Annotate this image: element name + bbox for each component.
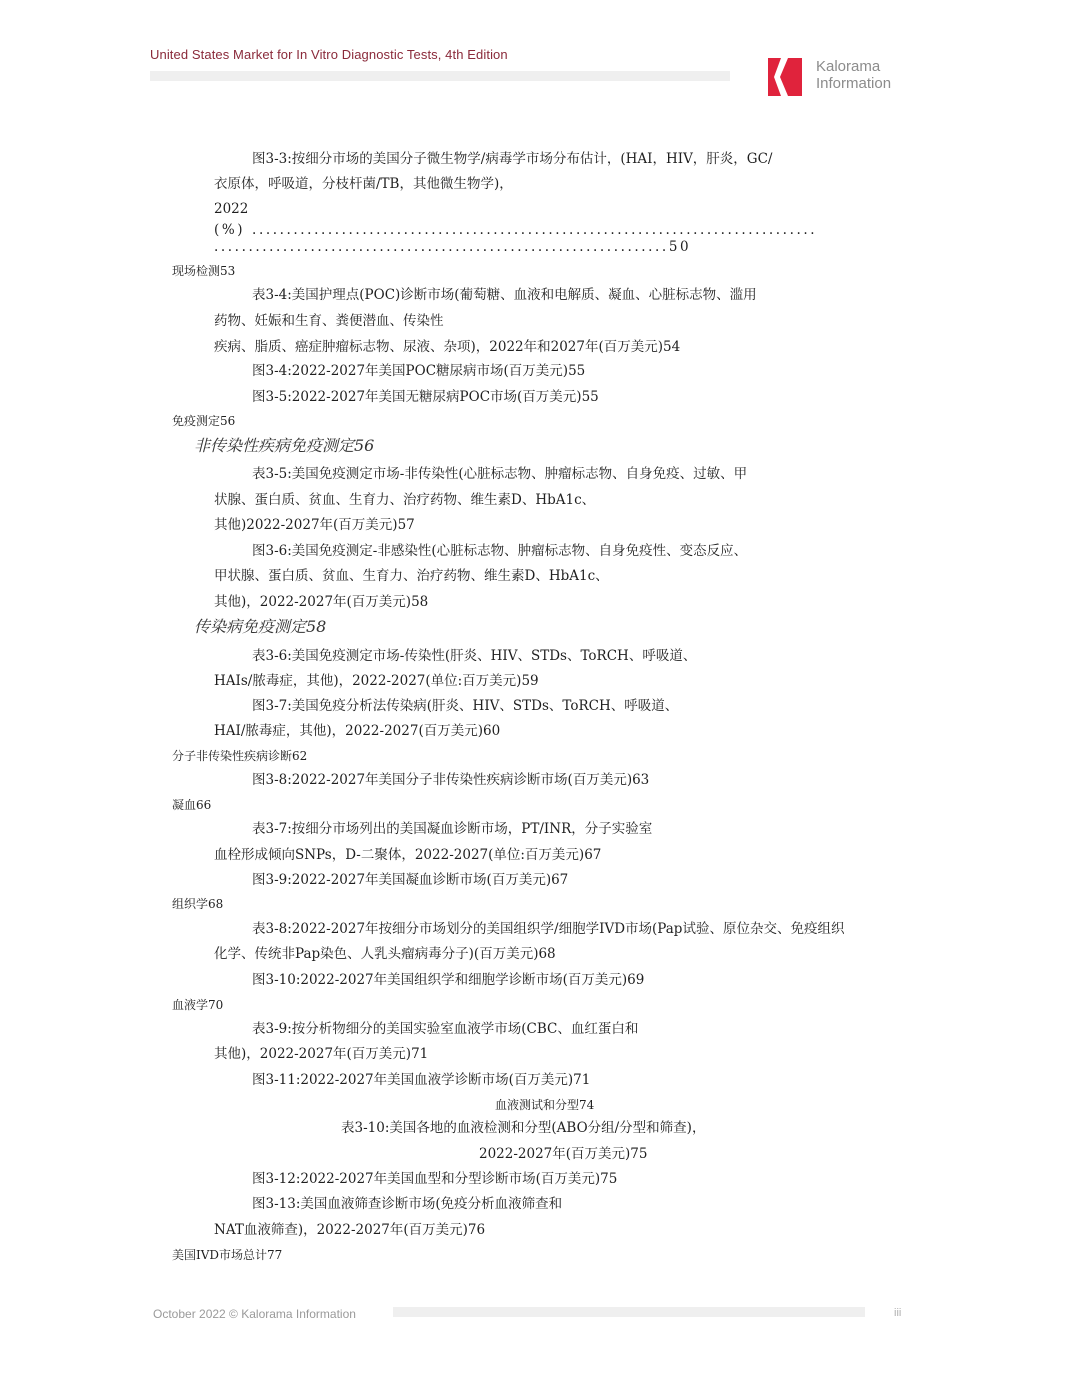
logo-wordmark: Kalorama Information — [816, 58, 891, 92]
toc-entry[interactable]: 图3-10:2022-2027年美国组织学和细胞学诊断市场(百万美元)69 — [252, 971, 644, 989]
footer-copyright: October 2022 © Kalorama Information — [153, 1307, 356, 1321]
toc-entry[interactable]: 表3-9:按分析物细分的美国实验室血液学市场(CBC、血红蛋白和 — [252, 1020, 638, 1038]
toc-entry[interactable]: 药物、妊娠和生育、粪便潜血、传染性 — [214, 312, 444, 330]
toc-entry[interactable]: 图3-3:按细分市场的美国分子微生物学/病毒学市场分布估计，(HAI，HIV，肝… — [252, 150, 772, 168]
toc-entry[interactable]: HAIs/脓毒症，其他)，2022-2027(单位:百万美元)59 — [214, 672, 539, 690]
toc-section[interactable]: 美国IVD市场总计77 — [172, 1246, 282, 1264]
toc-entry[interactable]: (%) ....................................… — [214, 221, 817, 239]
toc-entry[interactable]: 图3-5:2022-2027年美国无糖尿病POC市场(百万美元)55 — [252, 388, 599, 406]
toc-section[interactable]: 现场检测53 — [172, 262, 235, 280]
page-number: iii — [894, 1307, 901, 1319]
toc-entry[interactable]: 图3-4:2022-2027年美国POC糖尿病市场(百万美元)55 — [252, 362, 585, 380]
toc-section[interactable]: 血液学70 — [172, 996, 223, 1014]
toc-entry[interactable]: ........................................… — [214, 238, 691, 256]
toc-subsection[interactable]: 非传染性疾病免疫测定56 — [194, 437, 374, 455]
kalorama-logo: Kalorama Information — [768, 58, 908, 98]
toc-entry[interactable]: 血栓形成倾向SNPs，D-二聚体，2022-2027(单位:百万美元)67 — [214, 846, 601, 864]
toc-section[interactable]: 血液测试和分型74 — [495, 1096, 594, 1114]
toc-entry[interactable]: 状腺、蛋白质、贫血、生育力、治疗药物、维生素D、HbA1c、 — [214, 491, 595, 509]
toc-entry[interactable]: 表3-5:美国免疫测定市场-非传染性(心脏标志物、肿瘤标志物、自身免疫、过敏、甲 — [252, 465, 747, 483]
toc-entry[interactable]: 图3-9:2022-2027年美国凝血诊断市场(百万美元)67 — [252, 871, 568, 889]
toc-subsection[interactable]: 传染病免疫测定58 — [194, 618, 326, 636]
toc-entry[interactable]: 2022 — [214, 200, 248, 218]
toc-entry[interactable]: 2022-2027年(百万美元)75 — [479, 1145, 648, 1163]
toc-section[interactable]: 分子非传染性疾病诊断62 — [172, 747, 307, 765]
toc-entry[interactable]: 表3-6:美国免疫测定市场-传染性(肝炎、HIV、STDs、ToRCH、呼吸道、 — [252, 647, 696, 665]
footer-divider — [393, 1307, 865, 1317]
toc-entry[interactable]: 其他)，2022-2027年(百万美元)71 — [214, 1045, 428, 1063]
logo-line-1: Kalorama — [816, 58, 891, 75]
report-title: United States Market for In Vitro Diagno… — [150, 47, 508, 62]
header-divider — [150, 71, 730, 81]
toc-section[interactable]: 组织学68 — [172, 895, 223, 913]
toc-entry[interactable]: 甲状腺、蛋白质、贫血、生育力、治疗药物、维生素D、HbA1c、 — [214, 567, 609, 585]
toc-entry[interactable]: HAI/脓毒症，其他)，2022-2027(百万美元)60 — [214, 722, 500, 740]
toc-entry[interactable]: NAT血液筛查)，2022-2027年(百万美元)76 — [214, 1221, 485, 1239]
toc-entry[interactable]: 其他)，2022-2027年(百万美元)58 — [214, 593, 428, 611]
toc-entry[interactable]: 其他)2022-2027年(百万美元)57 — [214, 516, 415, 534]
logo-line-2: Information — [816, 75, 891, 92]
toc-entry[interactable]: 图3-11:2022-2027年美国血液学诊断市场(百万美元)71 — [252, 1071, 590, 1089]
toc-entry[interactable]: 图3-12:2022-2027年美国血型和分型诊断市场(百万美元)75 — [252, 1170, 617, 1188]
toc-entry[interactable]: 图3-8:2022-2027年美国分子非传染性疾病诊断市场(百万美元)63 — [252, 771, 649, 789]
toc-entry[interactable]: 疾病、脂质、癌症肿瘤标志物、尿液、杂项)，2022年和2027年(百万美元)54 — [214, 338, 680, 356]
toc-entry[interactable]: 化学、传统非Pap染色、人乳头瘤病毒分子)(百万美元)68 — [214, 945, 556, 963]
toc-entry[interactable]: 图3-7:美国免疫分析法传染病(肝炎、HIV、STDs、ToRCH、呼吸道、 — [252, 697, 678, 715]
toc-entry[interactable]: 图3-13:美国血液筛查诊断市场(免疫分析血液筛查和 — [252, 1195, 562, 1213]
toc-entry[interactable]: 衣原体，呼吸道，分枝杆菌/TB，其他微生物学)， — [214, 175, 513, 193]
toc-entry[interactable]: 表3-7:按细分市场列出的美国凝血诊断市场，PT/INR，分子实验室 — [252, 820, 652, 838]
toc-entry[interactable]: 表3-10:美国各地的血液检测和分型(ABO分组/分型和筛查)， — [341, 1119, 705, 1137]
toc-section[interactable]: 凝血66 — [172, 796, 211, 814]
kalorama-k-icon — [768, 58, 802, 96]
toc-entry[interactable]: 表3-4:美国护理点(POC)诊断市场(葡萄糖、血液和电解质、凝血、心脏标志物、… — [252, 286, 757, 304]
toc-section[interactable]: 免疫测定56 — [172, 412, 235, 430]
toc-entry[interactable]: 图3-6:美国免疫测定-非感染性(心脏标志物、肿瘤标志物、自身免疫性、变态反应、 — [252, 542, 747, 560]
toc-entry[interactable]: 表3-8:2022-2027年按细分市场划分的美国组织学/细胞学IVD市场(Pa… — [252, 920, 844, 938]
